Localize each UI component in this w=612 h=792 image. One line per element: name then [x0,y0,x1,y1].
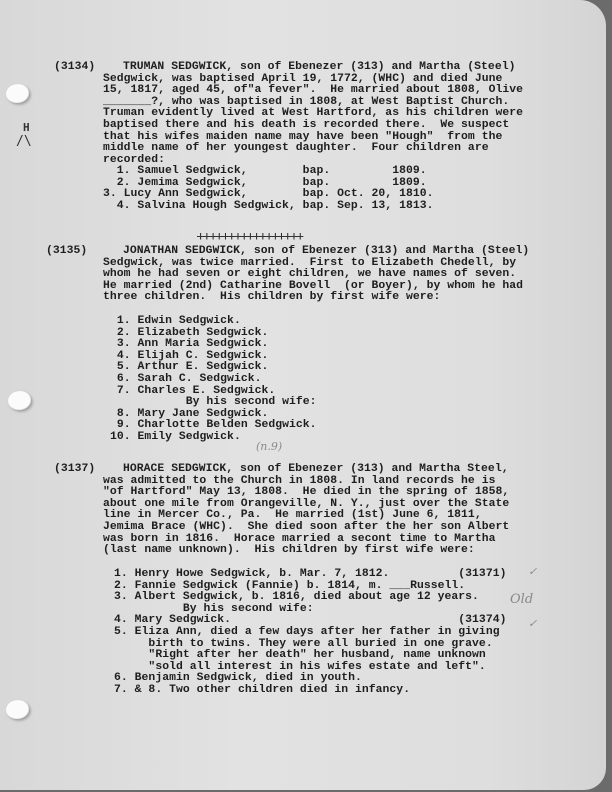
child-list-item: 1. Henry Howe Sedgwick, b. Mar. 7, 1812.… [114,569,506,581]
entry-line: three children. His children by first wi… [103,292,440,304]
entry-line: (last name unknown). His children by fir… [103,545,475,557]
hole-punch-middle [8,391,32,411]
child-list-item: 10. Emily Sedgwick. [110,432,241,444]
entry-line: TRUMAN SEDGWICK, son of Ebenezer (313) a… [123,62,515,74]
child-list-item: 5. Eliza Ann, died a few days after her … [114,627,500,639]
entry-number-3134: (3134) [54,62,95,74]
hole-punch-bottom [6,700,30,720]
section-divider: +++++++++++++++++ [197,229,303,243]
entry-line: Jemima Brace (WHC). She died soon after … [103,522,509,534]
child-list-item: 1. Samuel Sedgwick, bap. 1809. [103,166,427,178]
child-list-item: 6. Sarah C. Sedgwick. [110,374,261,386]
entry-line: JONATHAN SEDGWICK, son of Ebenezer (313)… [123,246,529,258]
document-page: H /\ (3134) TRUMAN SEDGWICK, son of Eben… [0,0,606,790]
child-list-item: 7. & 8. Two other children died in infan… [114,685,410,697]
hole-punch-top [6,84,30,104]
entry-line: HORACE SEDGWICK, son of Ebenezer (313) a… [123,464,509,476]
entry-number-3135: (3135) [46,246,87,258]
entry-line: baptised there and his death is recorded… [103,120,509,132]
child-list-item: 4. Salvina Hough Sedgwick, bap. Sep. 13,… [103,201,434,213]
handwritten-check-2: ✓ [528,617,537,630]
handwritten-check-1: ✓ [528,565,537,578]
handwritten-note: (n.9) [256,440,282,453]
margin-note-mark: /\ [16,134,32,149]
child-list-item: 1. Edwin Sedgwick. [110,316,241,328]
entry-number-3137: (3137) [54,464,95,476]
margin-note-letter: H [23,121,30,134]
handwritten-old: Old [510,592,533,607]
